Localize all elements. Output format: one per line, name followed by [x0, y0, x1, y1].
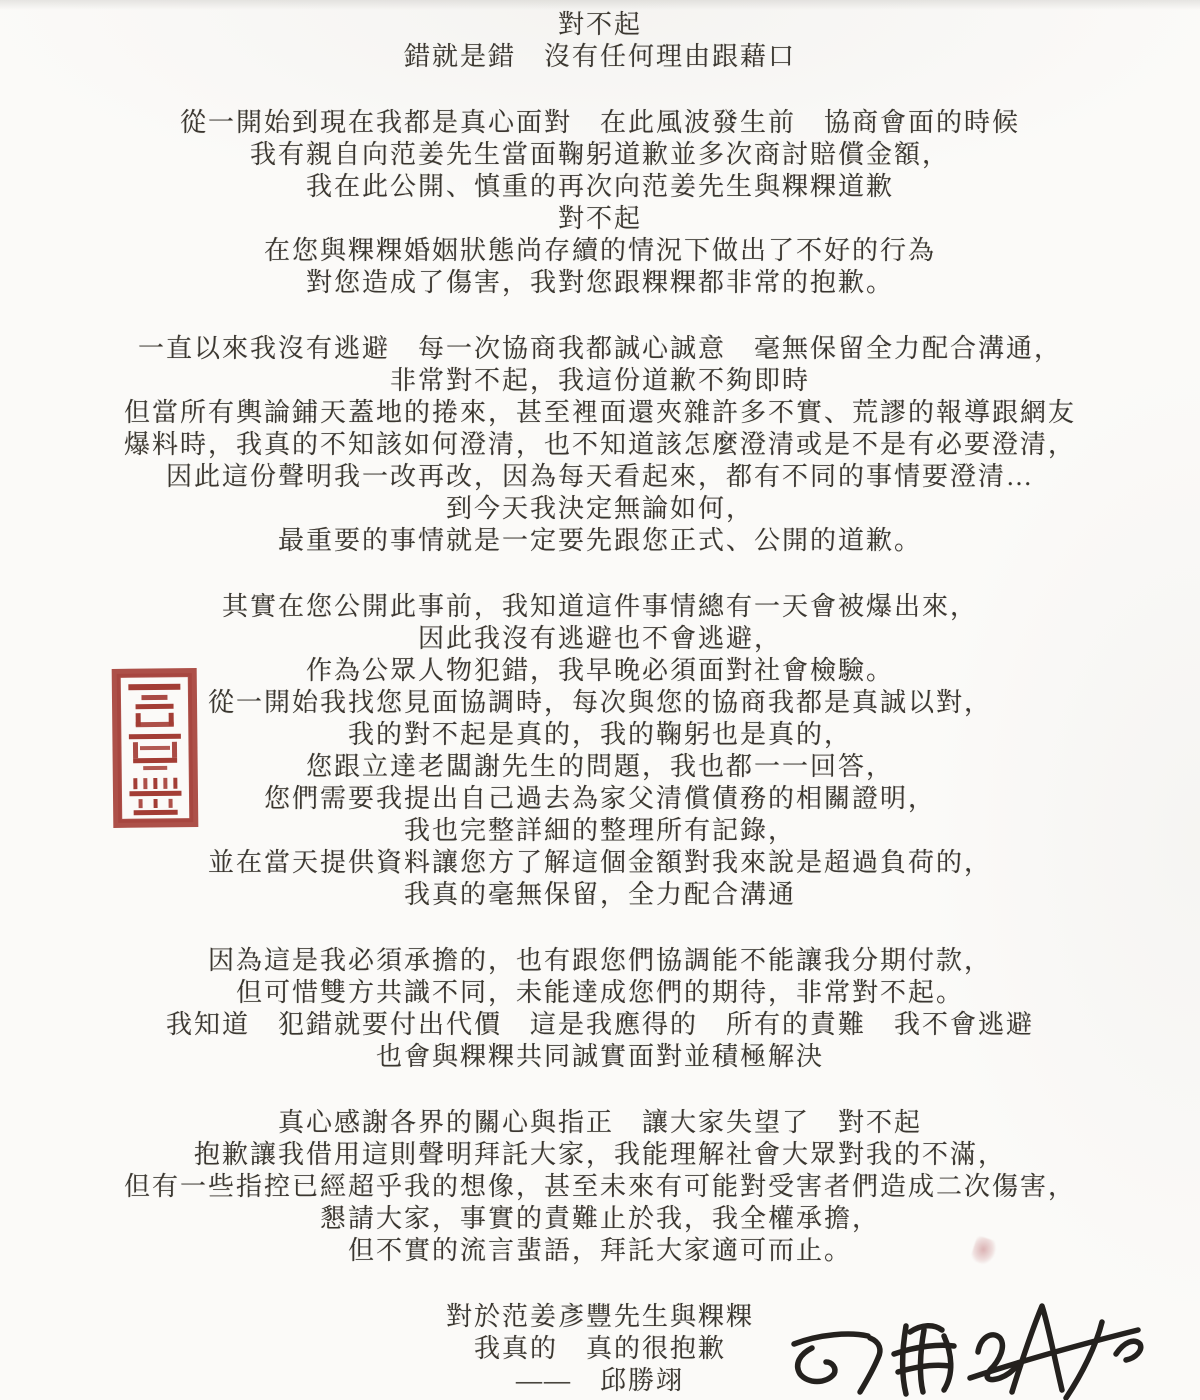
text-line: 對不起	[0, 203, 1200, 235]
text-line: 我在此公開、慎重的再次向范姜先生與粿粿道歉	[0, 171, 1200, 203]
text-line: 抱歉讓我借用這則聲明拜託大家，我能理解社會大眾對我的不滿，	[0, 1139, 1200, 1171]
text-line: 對不起	[0, 9, 1200, 41]
text-line: 真心感謝各界的關心與指正 讓大家失望了 對不起	[0, 1107, 1200, 1139]
paragraph-5: 真心感謝各界的關心與指正 讓大家失望了 對不起 抱歉讓我借用這則聲明拜託大家，我…	[0, 1107, 1200, 1267]
text-line: 也會與粿粿共同誠實面對並積極解決	[0, 1041, 1200, 1073]
paragraph-2: 一直以來我沒有逃避 每一次協商我都誠心誠意 毫無保留全力配合溝通， 非常對不起，…	[0, 333, 1200, 557]
text-line: 其實在您公開此事前，我知道這件事情總有一天會被爆出來，	[0, 591, 1200, 623]
text-line: 一直以來我沒有逃避 每一次協商我都誠心誠意 毫無保留全力配合溝通，	[0, 333, 1200, 365]
text-line: 但有一些指控已經超乎我的想像，甚至未來有可能對受害者們造成二次傷害，	[0, 1171, 1200, 1203]
text-line: 但當所有輿論鋪天蓋地的捲來，甚至裡面還夾雜許多不實、荒謬的報導跟網友	[0, 397, 1200, 429]
text-line: 最重要的事情就是一定要先跟您正式、公開的道歉。	[0, 525, 1200, 557]
text-line: 並在當天提供資料讓您方了解這個金額對我來說是超過負荷的，	[0, 847, 1200, 879]
text-line: 但不實的流言蜚語，拜託大家適可而止。	[0, 1235, 1200, 1267]
text-line: 我真的毫無保留，全力配合溝通	[0, 879, 1200, 911]
handwritten-signature	[772, 1292, 1192, 1400]
text-line: 錯就是錯 沒有任何理由跟藉口	[0, 41, 1200, 73]
text-line: 爆料時，我真的不知該如何澄清，也不知道該怎麼澄清或是不是有必要澄清，	[0, 429, 1200, 461]
paragraph-1: 從一開始到現在我都是真心面對 在此風波發生前 協商會面的時候 我有親自向范姜先生…	[0, 107, 1200, 299]
text-line: 因為這是我必須承擔的，也有跟您們協調能不能讓我分期付款，	[0, 945, 1200, 977]
paragraph-4: 因為這是我必須承擔的，也有跟您們協調能不能讓我分期付款， 但可惜雙方共識不同，未…	[0, 945, 1200, 1073]
text-line: 因此這份聲明我一改再改，因為每天看起來，都有不同的事情要澄清…	[0, 461, 1200, 493]
text-line: 在您與粿粿婚姻狀態尚存續的情況下做出了不好的行為	[0, 235, 1200, 267]
text-line: 我有親自向范姜先生當面鞠躬道歉並多次商討賠償金額，	[0, 139, 1200, 171]
text-line: 對您造成了傷害，我對您跟粿粿都非常的抱歉。	[0, 267, 1200, 299]
headline: 對不起 錯就是錯 沒有任何理由跟藉口	[0, 9, 1200, 73]
text-line: 到今天我決定無論如何，	[0, 493, 1200, 525]
text-line: 從一開始到現在我都是真心面對 在此風波發生前 協商會面的時候	[0, 107, 1200, 139]
text-line: 我知道 犯錯就要付出代價 這是我應得的 所有的責難 我不會逃避	[0, 1009, 1200, 1041]
text-line: 懇請大家，事實的責難止於我，我全權承擔，	[0, 1203, 1200, 1235]
text-line: 但可惜雙方共識不同，未能達成您們的期待，非常對不起。	[0, 977, 1200, 1009]
red-seal-stamp-icon	[111, 668, 199, 829]
text-line: 非常對不起，我這份道歉不夠即時	[0, 365, 1200, 397]
text-line: 因此我沒有逃避也不會逃避，	[0, 623, 1200, 655]
apology-letter-page: 對不起 錯就是錯 沒有任何理由跟藉口 從一開始到現在我都是真心面對 在此風波發生…	[0, 0, 1200, 1400]
